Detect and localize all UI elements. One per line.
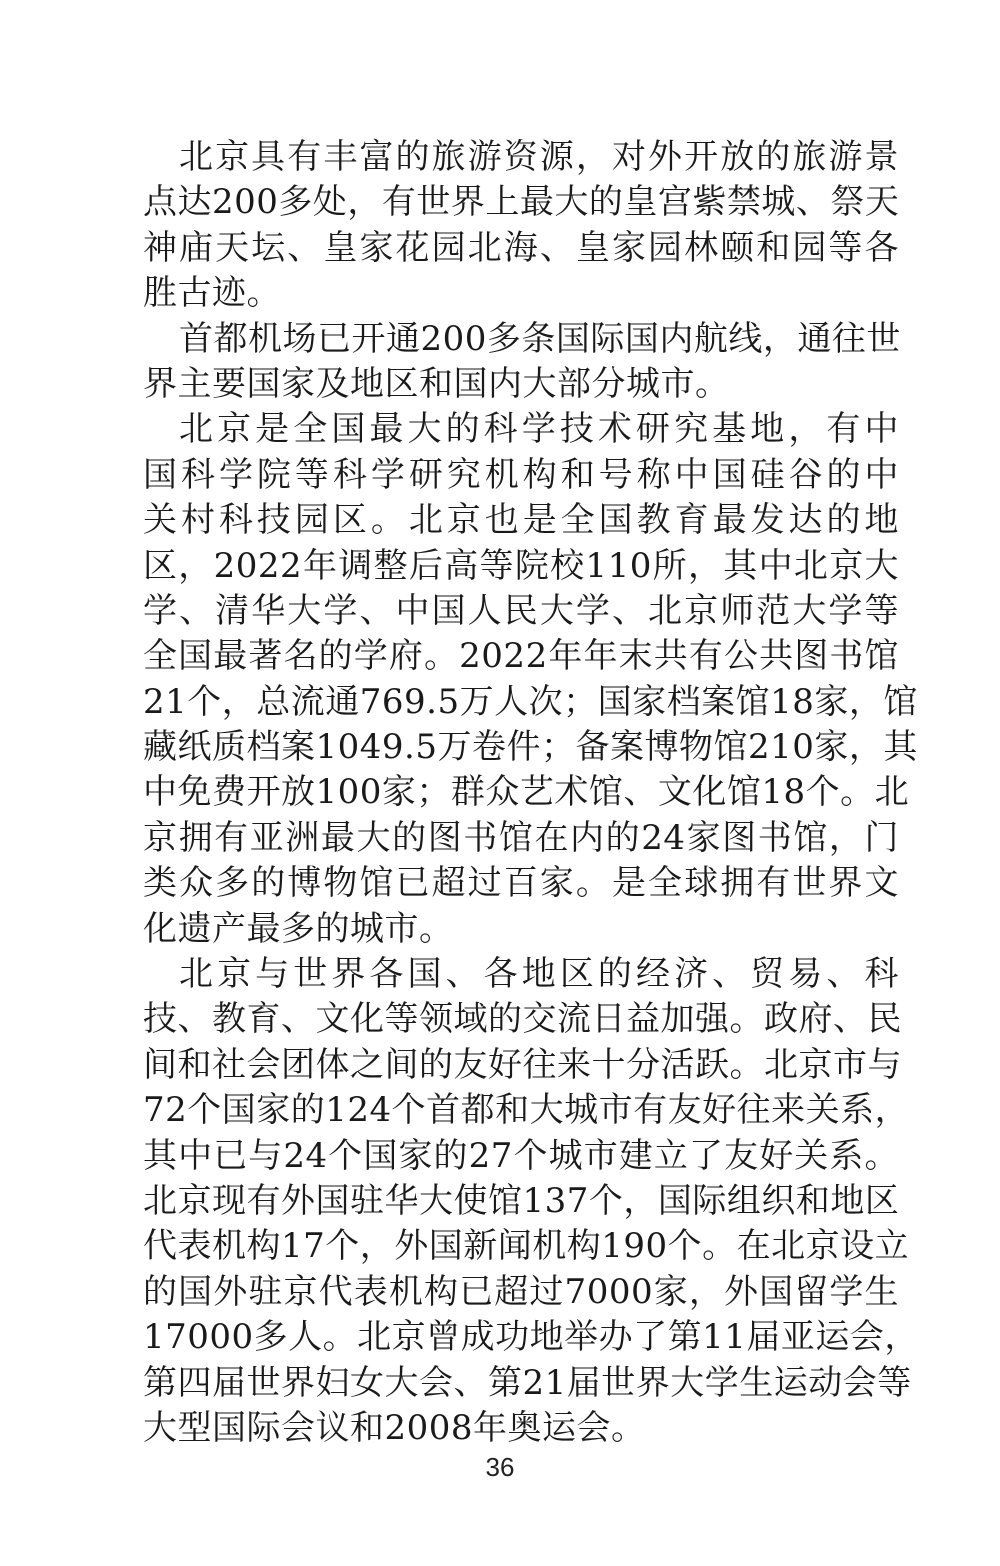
text-line: 的国外驻京代表机构已超过7000家，外国留学生 [143,1270,899,1315]
text-line: 第四届世界妇女大会、第21届世界大学生运动会等 [143,1361,899,1406]
text-line: 点达200多处，有世界上最大的皇宫紫禁城、祭天 [143,180,899,225]
paragraph-international-exchange: 北京与世界各国、各地区的经济、贸易、科 技、教育、文化等领域的交流日益加强。政府… [143,952,899,1451]
text-line: 72个国家的124个首都和大城市有友好往来关系， [143,1088,899,1133]
text-line: 间和社会团体之间的友好往来十分活跃。北京市与 [143,1043,899,1088]
text-line: 神庙天坛、皇家花园北海、皇家园林颐和园等各 [143,226,899,271]
text-line: 化遗产最多的城市。 [143,907,899,952]
page-number: 36 [0,1452,1000,1483]
text-line: 界主要国家及地区和国内大部分城市。 [143,362,899,407]
text-line: 全国最著名的学府。2022年年末共有公共图书馆 [143,634,899,679]
text-line: 北京具有丰富的旅游资源，对外开放的旅游景 [143,135,899,180]
text-line: 藏纸质档案1049.5万卷件；备案博物馆210家，其 [143,725,899,770]
text-line: 学、清华大学、中国人民大学、北京师范大学等 [143,589,899,634]
text-line: 胜古迹。 [143,271,899,316]
text-line: 17000多人。北京曾成功地举办了第11届亚运会， [143,1315,899,1360]
text-line: 区，2022年调整后高等院校110所，其中北京大 [143,544,899,589]
text-line: 北京现有外国驻华大使馆137个，国际组织和地区 [143,1179,899,1224]
text-line: 关村科技园区。北京也是全国教育最发达的地 [143,498,899,543]
text-line: 代表机构17个，外国新闻机构190个。在北京设立 [143,1224,899,1269]
text-line: 类众多的博物馆已超过百家。是全球拥有世界文 [143,861,899,906]
text-line: 北京与世界各国、各地区的经济、贸易、科 [143,952,899,997]
paragraph-science-education: 北京是全国最大的科学技术研究基地，有中 国科学院等科学研究机构和号称中国硅谷的中… [143,407,899,952]
text-line: 其中已与24个国家的27个城市建立了友好关系。 [143,1134,899,1179]
text-line: 中免费开放100家；群众艺术馆、文化馆18个。北 [143,770,899,815]
text-line: 北京是全国最大的科学技术研究基地，有中 [143,407,899,452]
text-line: 京拥有亚洲最大的图书馆在内的24家图书馆，门 [143,816,899,861]
page-body: 北京具有丰富的旅游资源，对外开放的旅游景 点达200多处，有世界上最大的皇宫紫禁… [143,135,899,1451]
text-line: 国科学院等科学研究机构和号称中国硅谷的中 [143,453,899,498]
text-line: 大型国际会议和2008年奥运会。 [143,1406,899,1451]
text-line: 21个，总流通769.5万人次；国家档案馆18家，馆 [143,680,899,725]
text-line: 首都机场已开通200多条国际国内航线，通往世 [143,317,899,362]
paragraph-tourism: 北京具有丰富的旅游资源，对外开放的旅游景 点达200多处，有世界上最大的皇宫紫禁… [143,135,899,317]
text-line: 技、教育、文化等领域的交流日益加强。政府、民 [143,997,899,1042]
paragraph-airport: 首都机场已开通200多条国际国内航线，通往世 界主要国家及地区和国内大部分城市。 [143,317,899,408]
